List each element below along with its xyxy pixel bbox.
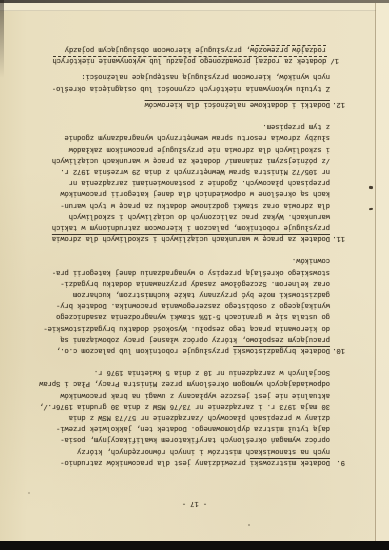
text-line: oprócz wymagań określonych taryfikatorem… (0, 433, 330, 444)
text-line: /z późniejszymi zmianami/ dodatek za pra… (0, 154, 330, 165)
text-line: z tym przepisem. (0, 120, 330, 131)
text-line: dla zdrowia oraz stawki godzinowe dodatk… (0, 198, 330, 209)
line-text: cowników. (292, 256, 330, 264)
text-line: dziany w przepisach płacowych /zarządzen… (0, 411, 330, 422)
line-text: , przysługuje kierowcom obsługującym poj… (65, 45, 250, 53)
text-line: stowskiego określają przepisy o wynagrad… (0, 265, 330, 276)
text-line: pracującym zespołowo, którzy oprócz włas… (0, 333, 330, 344)
line-text: nych na stanowiskach mistrzów i innych r… (77, 447, 330, 455)
scan-bottom-bar (0, 541, 389, 550)
line-text: dla zdrowia oraz stawki godzinowe dodatk… (60, 201, 330, 209)
text-line: go ustala się w granicach 5-15% stawki w… (0, 310, 330, 321)
underlined-text: Dodatki i dodatkowe należności dla kiero… (145, 100, 330, 108)
paragraphs: 9.Dodatek mistrzowski przewidziany jest … (0, 43, 345, 467)
text-line: kach są określone w odpowiednich dla dan… (0, 187, 330, 198)
text-line: 30 maja 1973 r. i zarządzenie nr 73/76 M… (0, 400, 330, 411)
text-line: nr 105/72 Ministra Spraw Wewnętrznych z … (0, 165, 330, 176)
line-text: wynikającego z osobistego zaszeregowania… (56, 301, 330, 309)
scan-left-edge-shadow (0, 0, 4, 78)
text-line: Dodatek za pracę w warunkach uciążliwych… (0, 232, 330, 243)
paragraph-body: Dodatek brygadzistowski przysługuje robo… (0, 254, 330, 355)
line-text: do kierowania pracą tego zespołu. Wysoko… (44, 324, 331, 332)
paragraph-body: Dodatek za pracę w warunkach uciążliwych… (0, 120, 330, 243)
text-line: Dodatki i dodatkowe należności dla kiero… (0, 98, 330, 109)
text-line: Dodatek mistrzowski przewidziany jest dl… (0, 456, 330, 467)
line-text: oraz kelnerom. Szczegółowe zasady przyzn… (60, 279, 330, 287)
page-number: - 17 - (44, 497, 345, 508)
line-text: stowskiego określają przepisy o wynagrad… (52, 268, 330, 276)
text-line: przysługuje robotnikom, palaczom i kiero… (0, 221, 330, 232)
paragraph-number: 10. (330, 254, 345, 355)
text-line: oraz kelnerom. Szczegółowe zasady przyzn… (0, 277, 330, 288)
text-line: 1/ dodatek za rodzaj prowadzonego pojazd… (0, 54, 339, 65)
text-line: warunkach. Wykaz prac zaliczonych do uci… (0, 210, 330, 221)
underlying-page-strip (376, 3, 389, 541)
text-line: rodzajów przewozów, przysługuje kierowco… (0, 43, 326, 54)
paragraph: 9.Dodatek mistrzowski przewidziany jest … (0, 366, 345, 467)
text-line: cowników. (0, 254, 330, 265)
ink-speck (248, 524, 250, 526)
paragraph-body: Dodatki i dodatkowe należności dla kiero… (0, 43, 330, 109)
ink-speck (369, 186, 373, 190)
text-line: służby zdrowia resortu spraw wewnętrznyc… (0, 131, 330, 142)
line-text: przysługuje robotnikom, palaczom i kiero… (52, 223, 330, 231)
text-line: Socjalnych w zarządzeniu nr 10 z dnia 5 … (0, 366, 330, 377)
underlined-text: dodatek za rodzaj prowadzonego pojazdu l… (53, 56, 327, 64)
line-text: aktualnie nie jest jeszcze wypłacany z u… (60, 391, 330, 399)
line-text: dziany w przepisach płacowych /zarządzen… (69, 413, 330, 421)
line-text: Socjalnych w zarządzeniu nr 10 z dnia 5 … (94, 368, 330, 376)
text-line: Z tytułu wykonywania niektórych czynnośc… (0, 82, 330, 93)
line-text: gadzistowski może być przyznany także ku… (73, 290, 330, 298)
line-text: Z tytułu wykonywania niektórych czynnośc… (52, 84, 330, 92)
paragraph-number: 11. (330, 120, 345, 243)
line-text: przysługuje robotnikom lub palaczom c.o.… (56, 346, 233, 354)
text-line: odpowiadających wymogom określonym przez… (0, 377, 330, 388)
text-line: aktualnie nie jest jeszcze wypłacany z u… (0, 388, 330, 399)
ink-speck (28, 492, 30, 494)
paragraph-number: 12. (330, 43, 345, 109)
line-text: i szkodliwych dla zdrowia nie przysługuj… (69, 145, 330, 153)
paragraph: 12.Dodatki i dodatkowe należności dla ki… (0, 43, 345, 109)
underlying-page-edge-top (0, 3, 389, 11)
line-text: /z późniejszymi zmianami/ dodatek za pra… (52, 156, 330, 164)
paragraph: 11.Dodatek za pracę w warunkach uciążliw… (0, 120, 345, 243)
text-line: nych wyników, kierowcom przysługują nast… (0, 70, 330, 81)
text-line: i szkodliwych dla zdrowia nie przysługuj… (0, 142, 330, 153)
text-line: wynikającego z osobistego zaszeregowania… (0, 299, 330, 310)
text-line: dają tytuł mistrza dyplomowanego. Dodate… (0, 422, 330, 433)
paragraph: 10.Dodatek brygadzistowski przysługuje r… (0, 254, 345, 355)
line-text: kach są określone w odpowiednich dla dan… (60, 189, 330, 197)
rotated-sheet: - 17 - 9.Dodatek mistrzowski przewidzian… (0, 0, 389, 550)
line-text: warunkach. Wykaz prac zaliczonych do uci… (69, 212, 330, 220)
text-line: nych na stanowiskach mistrzów i innych r… (0, 444, 330, 455)
line-text: oprócz wymagań określonych taryfikatorem… (60, 435, 330, 443)
line-text: odpowiadających wymogom określonym przez… (39, 379, 330, 387)
paragraph-body: Dodatek mistrzowski przewidziany jest dl… (0, 366, 330, 467)
line-text: 30 maja 1973 r. i zarządzenie nr 73/76 M… (39, 402, 330, 410)
underlined-text: rodzajów przewozów (250, 45, 326, 53)
typewritten-content: - 17 - 9.Dodatek mistrzowski przewidzian… (0, 0, 389, 550)
text-line: Dodatek brygadzistowski przysługuje robo… (0, 344, 330, 355)
text-line: do kierowania pracą tego zespołu. Wysoko… (0, 321, 330, 332)
line-text: go ustala się w granicach 5-15% stawki w… (56, 312, 330, 320)
paragraph-number: 9. (330, 366, 345, 467)
line-text: pracującym zespołowo, którzy oprócz włas… (60, 335, 330, 343)
line-text: nych wyników, kierowcom przysługują nast… (81, 73, 330, 81)
line-text: służby zdrowia resortu spraw wewnętrznyc… (65, 133, 330, 141)
underlined-text: Dodatek mistrzowski (250, 458, 330, 466)
underlined-text: Dodatek za pracę w warunkach uciążliwych… (52, 234, 330, 242)
underlined-text: Dodatek brygadzistowski (233, 346, 330, 354)
text-line: gadzistowski może być przyznany także ku… (0, 288, 330, 299)
line-text: z tym przepisem. (263, 122, 330, 130)
line-text: przepisach płacowych. Zgodnie z postanow… (69, 178, 330, 186)
line-text: dają tytuł mistrza dyplomowanego. Dodate… (56, 424, 330, 432)
line-prefix: 1/ (326, 56, 339, 64)
text-line: przepisach płacowych. Zgodnie z postanow… (0, 176, 330, 187)
line-text: przewidziany jest dla pracowników zatrud… (60, 458, 250, 466)
line-text: nr 105/72 Ministra Spraw Wewnętrznych z … (60, 167, 330, 175)
